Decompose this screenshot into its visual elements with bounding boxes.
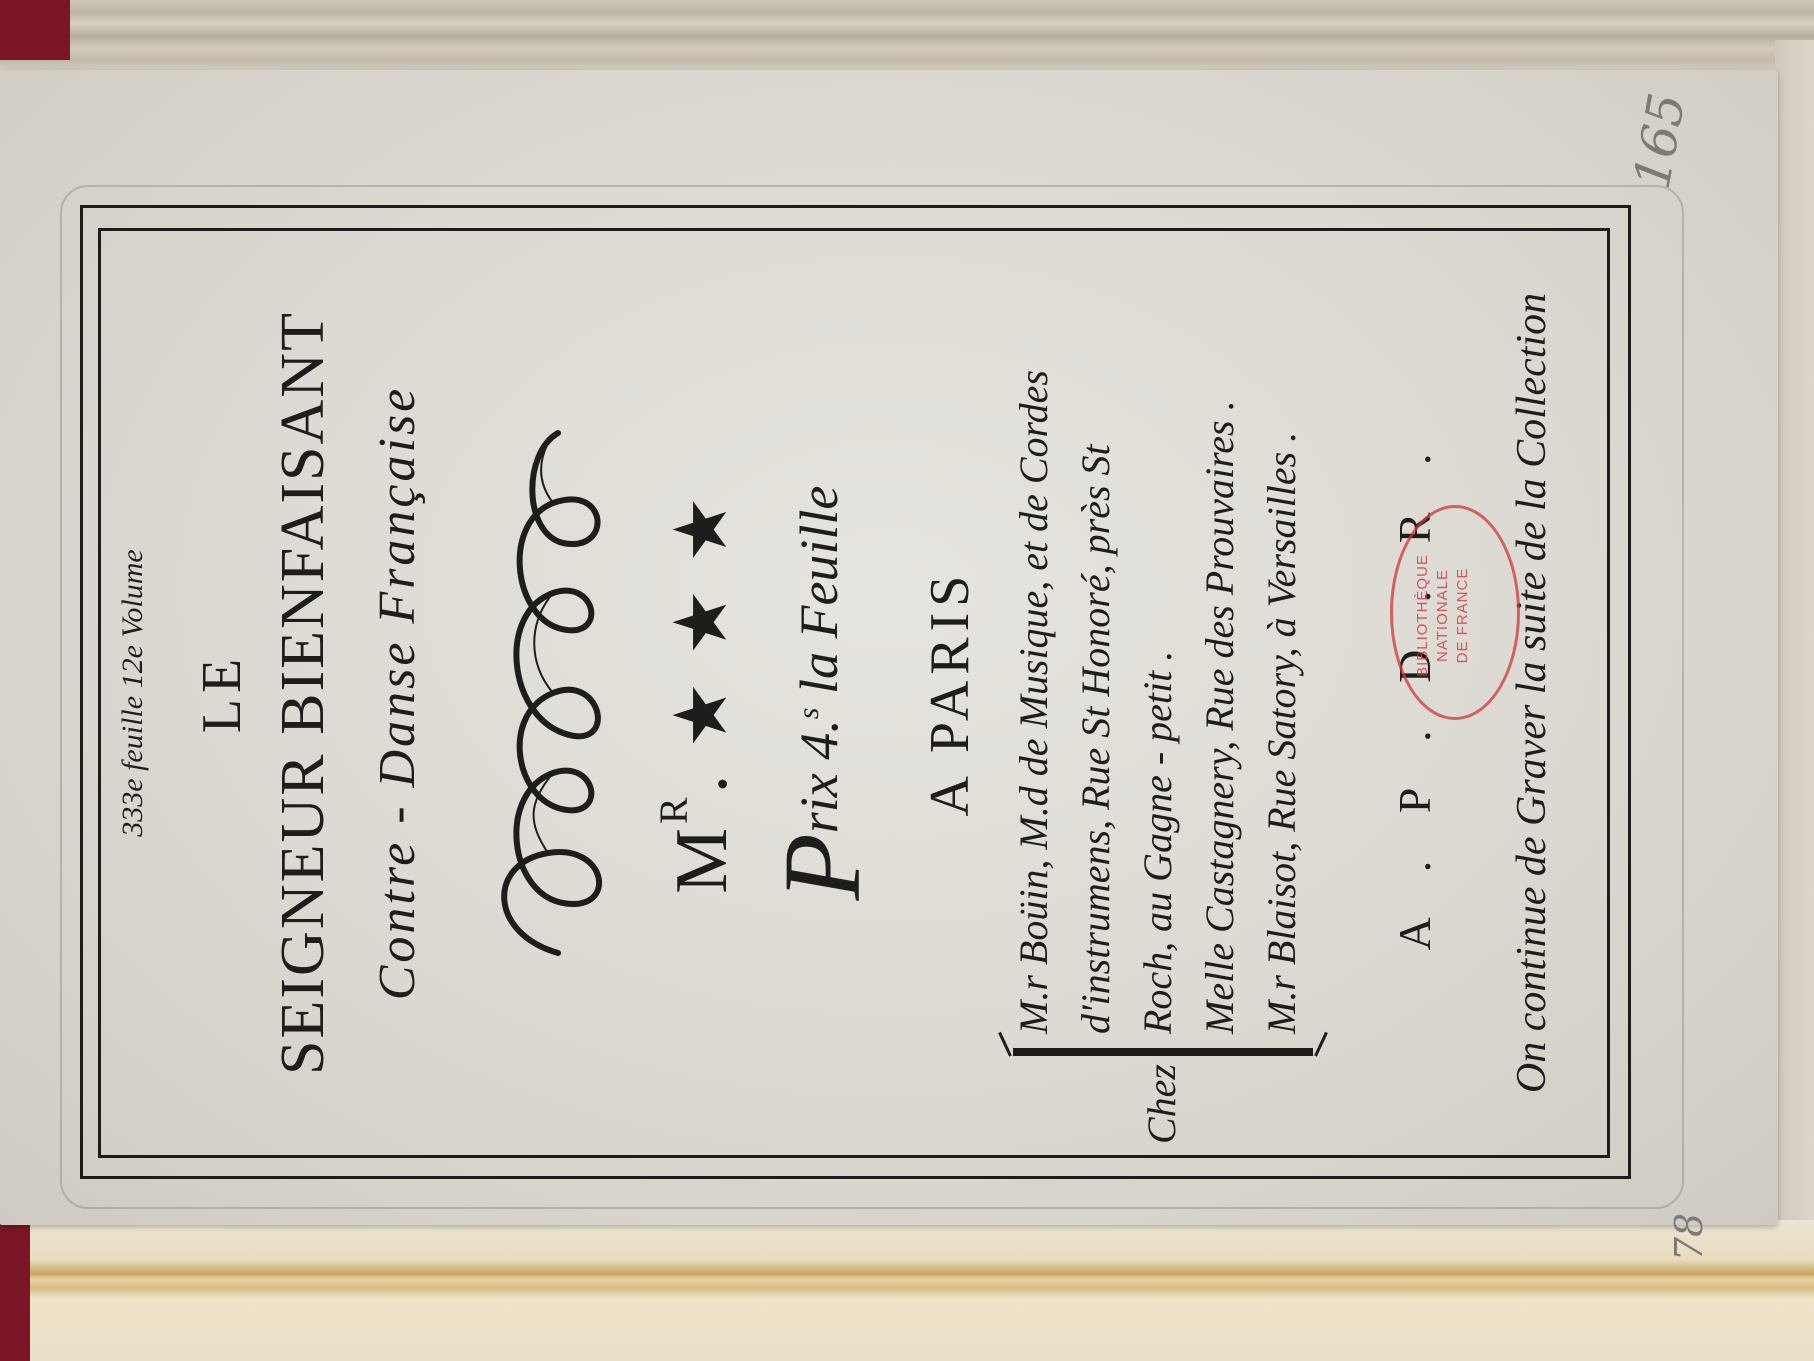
- publisher-line: M.r Blaisot, Rue Satory, à Versailles .: [1251, 234, 1313, 1034]
- price-text: rix 4.: [789, 719, 849, 833]
- price-suffix: la Feuille: [789, 486, 849, 708]
- stamp-text: BIBLIOTHÈQUE NATIONALE DE FRANCE: [1393, 508, 1523, 723]
- chez-label: Chez: [1138, 1064, 1185, 1144]
- publishers-block: Chez M.r Boüin, M.d de Musique, et de Co…: [1003, 244, 1343, 1144]
- library-stamp-icon: BIBLIOTHÈQUE NATIONALE DE FRANCE: [1390, 505, 1520, 720]
- publisher-line: d'instrumens, Rue St Honoré, près St: [1065, 234, 1127, 1034]
- stamp-line: DE FRANCE: [1453, 508, 1473, 723]
- publisher-line: Roch, au Gagne - petit .: [1127, 234, 1189, 1034]
- page-subtitle: Contre - Danse Française: [368, 228, 427, 1158]
- price-initial: P: [761, 833, 883, 900]
- bracket-icon: [1013, 1040, 1313, 1056]
- publisher-line: M.r Boüin, M.d de Musique, et de Cordes: [1003, 234, 1065, 1034]
- price-unit: s: [792, 708, 825, 720]
- publisher-line: Melle Castagnery, Rue des Prouvaires .: [1189, 234, 1251, 1034]
- imprint-place: A PARIS: [918, 228, 982, 1158]
- author-sup: R: [651, 793, 696, 824]
- page-title: SEIGNEUR BIENFAISANT: [268, 228, 339, 1158]
- pencil-page-number: 78: [1667, 1213, 1711, 1261]
- page-stack-bottom-edge: [0, 1220, 1814, 1361]
- stamp-line: NATIONALE: [1433, 508, 1453, 723]
- author-prefix: M: [661, 824, 743, 894]
- title-page-content: 333e feuille 12e Volume LE SEIGNEUR BIEN…: [98, 228, 1610, 1158]
- calligraphic-flourish-icon: [468, 228, 638, 1158]
- author-stars: . ★ ★ ★: [661, 492, 743, 793]
- page-stack-top-edge: [0, 0, 1814, 80]
- price-line: Prix 4.s la Feuille: [788, 228, 850, 1158]
- stamp-line: BIBLIOTHÈQUE: [1413, 508, 1433, 723]
- book-right-edge: [1775, 40, 1814, 1240]
- title-article: LE: [190, 228, 254, 1158]
- binding-cloth-top-left: [0, 0, 70, 60]
- author-line: MR. ★ ★ ★: [658, 228, 745, 1158]
- publisher-list: M.r Boüin, M.d de Musique, et de Cordes …: [1003, 234, 1313, 1034]
- sheet-volume-line: 333e feuille 12e Volume: [116, 228, 150, 1158]
